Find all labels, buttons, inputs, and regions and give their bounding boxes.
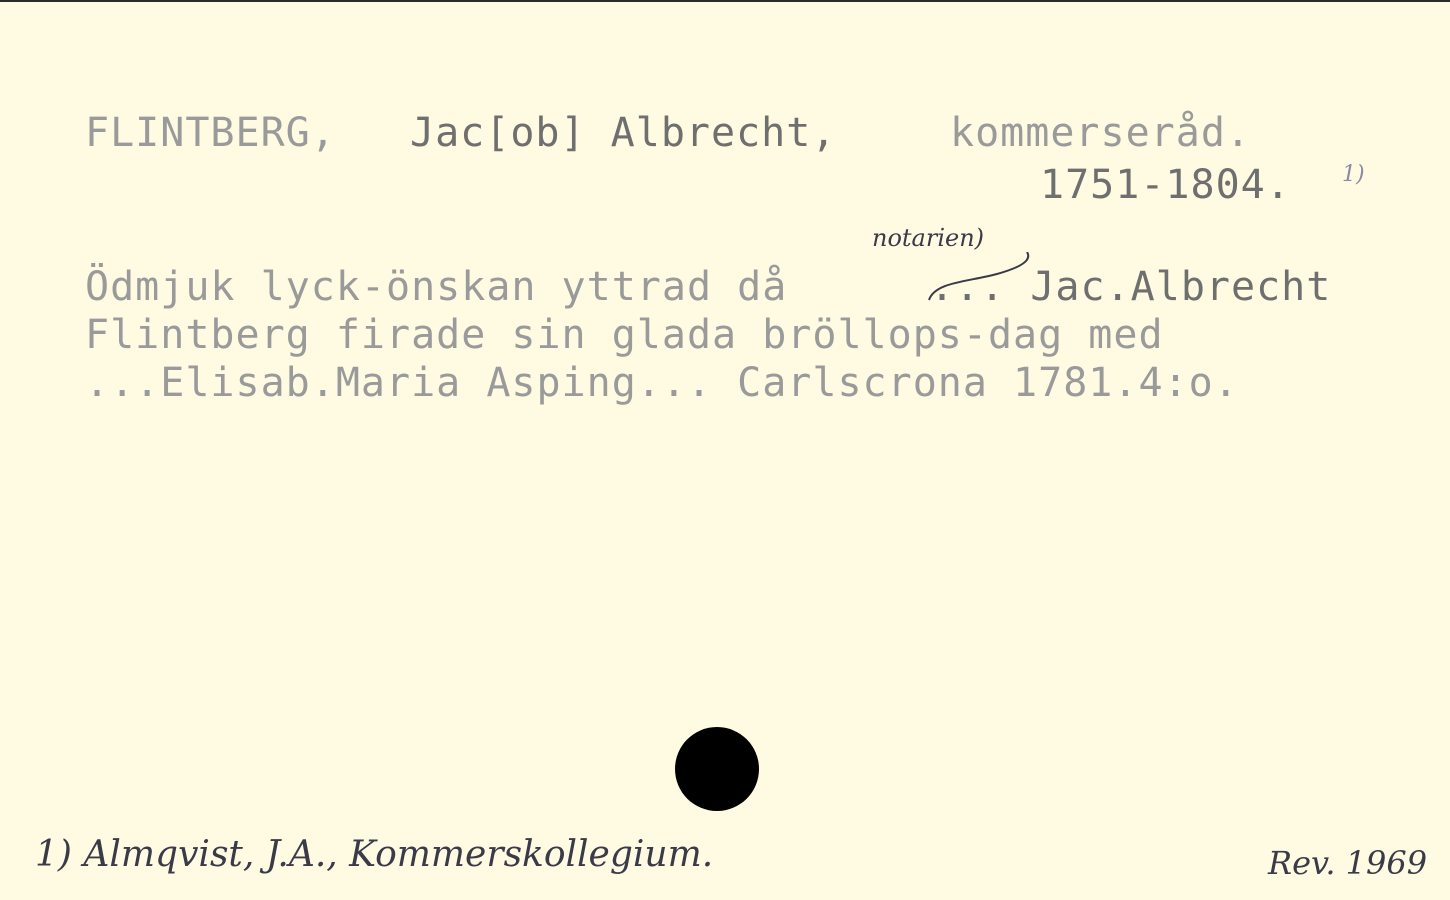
catalog-card: FLINTBERG, Jac[ob] Albrecht, kommerseråd… [0,0,1450,900]
life-dates: 1751-1804. [1040,162,1291,208]
handwritten-insertion: notarien) [872,224,984,252]
heading-surname: FLINTBERG, [85,110,336,156]
revision-note: Rev. 1969 [1268,844,1427,882]
footnote-marker: 1) [1342,162,1365,187]
body-line-3: ...Elisab.Maria Asping... Carlscrona 178… [85,360,1239,406]
punch-hole [675,727,759,811]
body-line-2: Flintberg firade sin glada bröllops-dag … [85,312,1164,358]
body-line-1-start: Ödmjuk lyck-önskan yttrad då [85,264,787,310]
heading-title: kommerseråd. [950,110,1251,156]
heading-given-name: Jac[ob] Albrecht, [410,110,836,156]
body-line-1-end: ... Jac.Albrecht [930,264,1331,310]
source-note: 1) Almqvist, J.A., Kommerskollegium. [35,834,713,875]
